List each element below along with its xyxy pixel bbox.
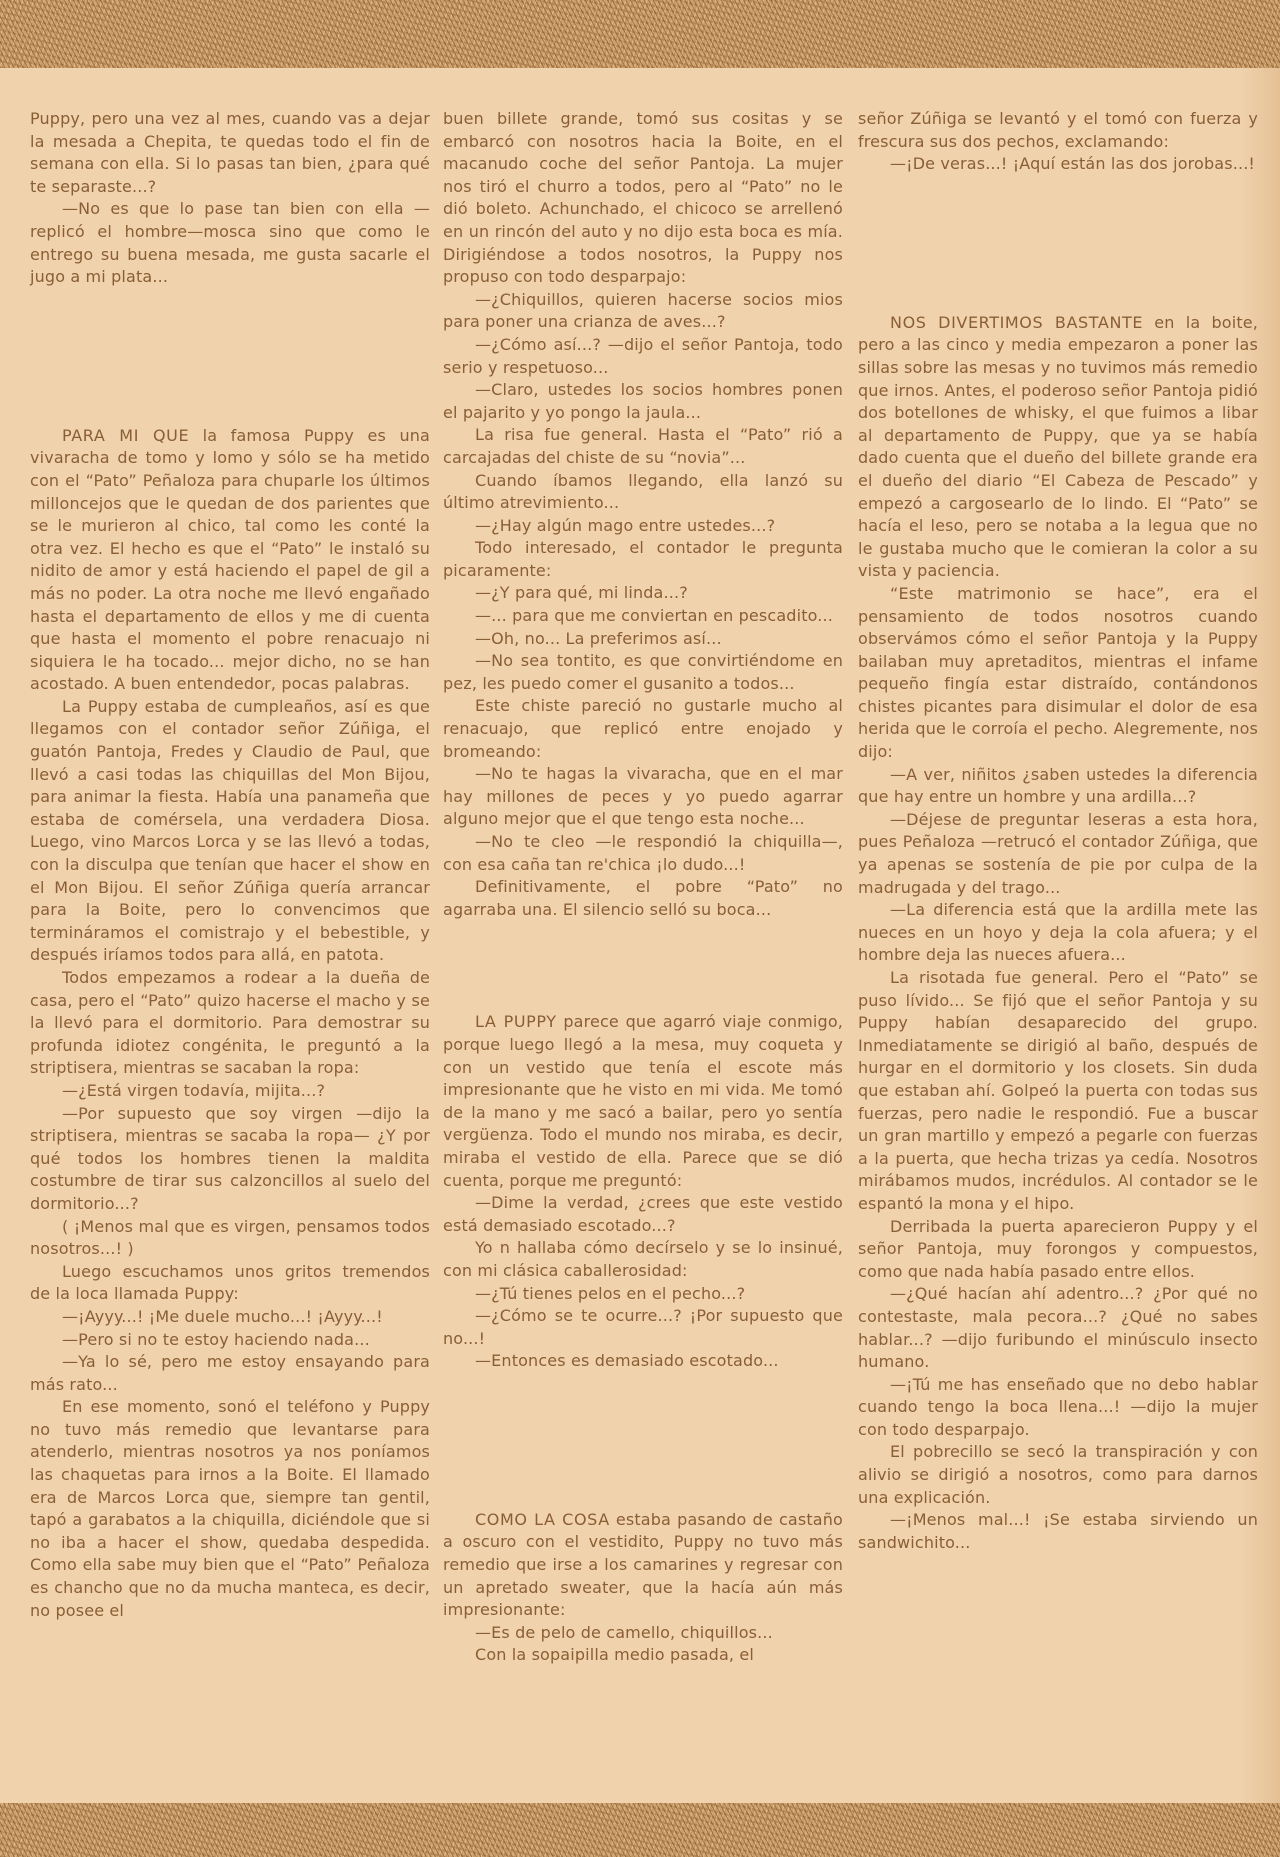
paragraph: —Pero si no te estoy haciendo nada... xyxy=(30,1329,430,1352)
paragraph: señor Zúñiga se levantó y el tomó con fu… xyxy=(858,108,1258,153)
paragraph-text: —Es de pelo de camello, chiquillos... xyxy=(475,1623,773,1642)
article-column-1: Puppy, pero una vez al mes, cuando vas a… xyxy=(30,108,430,1622)
decorative-texture-band-top xyxy=(0,0,1280,68)
paragraph: La risotada fue general. Pero el “Pato” … xyxy=(858,967,1258,1216)
paragraph-text: —¿Hay algún mago entre ustedes...? xyxy=(475,516,775,535)
section-lead-caps: PARA MI QUE xyxy=(62,426,189,445)
paragraph-text: —¡Tú me has enseñado que no debo hablar … xyxy=(858,1375,1258,1439)
paragraph: —Oh, no... La preferimos así... xyxy=(443,628,843,651)
paragraph-text: —¿Y para qué, mi linda...? xyxy=(475,583,688,602)
paragraph: —¿Qué hacían ahí adentro...? ¿Por qué no… xyxy=(858,1283,1258,1373)
paragraph: Con la sopaipilla medio pasada, el xyxy=(443,1644,843,1667)
paragraph-text: Luego escuchamos unos gritos tremendos d… xyxy=(30,1262,430,1304)
paragraph: —¡Menos mal...! ¡Se estaba sirviendo un … xyxy=(858,1509,1258,1554)
paragraph-text: parece que agarró viaje conmigo, porque … xyxy=(443,1012,843,1189)
paragraph-text: —¡De veras...! ¡Aquí están las dos jorob… xyxy=(890,154,1255,173)
paragraph-text: Derribada la puerta aparecieron Puppy y … xyxy=(858,1217,1258,1281)
paragraph: —¿Cómo se te ocurre...? ¡Por supuesto qu… xyxy=(443,1305,843,1350)
paragraph-text: la famosa Puppy es una vivaracha de tomo… xyxy=(30,426,430,694)
paragraph-text: —¿Cómo así...? —dijo el señor Pantoja, t… xyxy=(443,335,843,377)
paragraph-text: Definitivamente, el pobre “Pato” no agar… xyxy=(443,877,843,919)
paragraph: —¡De veras...! ¡Aquí están las dos jorob… xyxy=(858,153,1258,176)
paragraph-text: —Dime la verdad, ¿crees que este vestido… xyxy=(443,1193,843,1235)
paragraph-text: En ese momento, sonó el teléfono y Puppy… xyxy=(30,1397,430,1619)
paragraph-text: —¿Cómo se te ocurre...? ¡Por supuesto qu… xyxy=(443,1306,843,1348)
paragraph-text: —¡Ayyy...! ¡Me duele mucho...! ¡Ayyy...! xyxy=(62,1307,383,1326)
paragraph: —¿Tú tienes pelos en el pecho...? xyxy=(443,1283,843,1306)
section-spacer xyxy=(858,176,1258,312)
paragraph: —¿Cómo así...? —dijo el señor Pantoja, t… xyxy=(443,334,843,379)
paragraph-text: —¿Tú tienes pelos en el pecho...? xyxy=(475,1284,745,1303)
section-lead-paragraph: COMO LA COSA estaba pasando de castaño a… xyxy=(443,1509,843,1622)
paragraph-text: —¿Está virgen todavía, mijita...? xyxy=(62,1081,325,1100)
paragraph: Yo n hallaba cómo decírselo y se lo insi… xyxy=(443,1237,843,1282)
paragraph: Este chiste pareció no gustarle mucho al… xyxy=(443,695,843,763)
section-lead-caps: COMO LA COSA xyxy=(475,1510,610,1529)
paragraph: —Es de pelo de camello, chiquillos... xyxy=(443,1622,843,1645)
paragraph-text: —Oh, no... La preferimos así... xyxy=(475,629,722,648)
paragraph: —... para que me conviertan en pescadito… xyxy=(443,605,843,628)
paragraph: En ese momento, sonó el teléfono y Puppy… xyxy=(30,1396,430,1622)
paragraph: Todos empezamos a rodear a la dueña de c… xyxy=(30,967,430,1080)
paragraph: —Claro, ustedes los socios hombres ponen… xyxy=(443,379,843,424)
paragraph-text: en la boite, pero a las cinco y media em… xyxy=(858,313,1258,581)
paragraph-text: La risa fue general. Hasta el “Pato” rió… xyxy=(443,425,843,467)
paragraph-text: —Por supuesto que soy virgen —dijo la st… xyxy=(30,1104,430,1213)
paragraph: La Puppy estaba de cumpleaños, así es qu… xyxy=(30,696,430,967)
article-column-3: señor Zúñiga se levantó y el tomó con fu… xyxy=(858,108,1258,1554)
paragraph-text: —Pero si no te estoy haciendo nada... xyxy=(62,1330,370,1349)
paragraph-text: —No sea tontito, es que convirtiéndome e… xyxy=(443,651,843,693)
paragraph-text: La risotada fue general. Pero el “Pato” … xyxy=(858,968,1258,1213)
section-spacer xyxy=(30,289,430,425)
paragraph: —¿Y para qué, mi linda...? xyxy=(443,582,843,605)
paragraph-text: —A ver, niñitos ¿saben ustedes la difere… xyxy=(858,765,1258,807)
paragraph: —No es que lo pase tan bien con ella —re… xyxy=(30,198,430,288)
section-spacer xyxy=(443,1373,843,1509)
paragraph: Luego escuchamos unos gritos tremendos d… xyxy=(30,1261,430,1306)
paragraph-text: buen billete grande, tomó sus cositas y … xyxy=(443,109,843,286)
section-lead-paragraph: NOS DIVERTIMOS BASTANTE en la boite, per… xyxy=(858,312,1258,583)
paragraph: —La diferencia está que la ardilla mete … xyxy=(858,899,1258,967)
paragraph: “Este matrimonio se hace”, era el pensam… xyxy=(858,583,1258,764)
paragraph: —¡Tú me has enseñado que no debo hablar … xyxy=(858,1374,1258,1442)
paragraph-text: Este chiste pareció no gustarle mucho al… xyxy=(443,696,843,760)
paragraph-text: —Déjese de preguntar leseras a esta hora… xyxy=(858,810,1258,897)
paragraph-text: —Claro, ustedes los socios hombres ponen… xyxy=(443,380,843,422)
paragraph-text: Yo n hallaba cómo decírselo y se lo insi… xyxy=(443,1238,843,1280)
paragraph: buen billete grande, tomó sus cositas y … xyxy=(443,108,843,289)
paragraph: Derribada la puerta aparecieron Puppy y … xyxy=(858,1216,1258,1284)
paragraph-text: Puppy, pero una vez al mes, cuando vas a… xyxy=(30,109,430,196)
paragraph: El pobrecillo se secó la transpiración y… xyxy=(858,1441,1258,1509)
paragraph-text: —La diferencia está que la ardilla mete … xyxy=(858,900,1258,964)
paragraph: Todo interesado, el contador le pregunta… xyxy=(443,537,843,582)
paragraph-text: Todos empezamos a rodear a la dueña de c… xyxy=(30,968,430,1077)
paragraph: —Déjese de preguntar leseras a esta hora… xyxy=(858,809,1258,899)
paragraph-text: —¿Qué hacían ahí adentro...? ¿Por qué no… xyxy=(858,1284,1258,1371)
paragraph: —No te hagas la vivaracha, que en el mar… xyxy=(443,763,843,831)
paragraph: —No sea tontito, es que convirtiéndome e… xyxy=(443,650,843,695)
section-spacer xyxy=(443,921,843,1011)
paragraph: —Por supuesto que soy virgen —dijo la st… xyxy=(30,1103,430,1216)
paragraph: —¡Ayyy...! ¡Me duele mucho...! ¡Ayyy...! xyxy=(30,1306,430,1329)
paragraph: Definitivamente, el pobre “Pato” no agar… xyxy=(443,876,843,921)
paragraph: —¿Está virgen todavía, mijita...? xyxy=(30,1080,430,1103)
paragraph: Cuando íbamos llegando, ella lanzó su úl… xyxy=(443,470,843,515)
decorative-texture-band-bottom xyxy=(0,1803,1280,1857)
paragraph: —Entonces es demasiado escotado... xyxy=(443,1350,843,1373)
paragraph-text: El pobrecillo se secó la transpiración y… xyxy=(858,1442,1258,1506)
article-column-2: buen billete grande, tomó sus cositas y … xyxy=(443,108,843,1667)
paragraph: —Dime la verdad, ¿crees que este vestido… xyxy=(443,1192,843,1237)
paragraph-text: —Entonces es demasiado escotado... xyxy=(475,1351,779,1370)
section-lead-caps: NOS DIVERTIMOS BASTANTE xyxy=(890,313,1143,332)
section-lead-paragraph: PARA MI QUE la famosa Puppy es una vivar… xyxy=(30,425,430,696)
paragraph: Puppy, pero una vez al mes, cuando vas a… xyxy=(30,108,430,198)
paragraph: —No te cleo —le respondió la chiquilla—,… xyxy=(443,831,843,876)
paragraph: —Ya lo sé, pero me estoy ensayando para … xyxy=(30,1351,430,1396)
paragraph-text: —¿Chiquillos, quieren hacerse socios mio… xyxy=(443,290,843,332)
paragraph-text: La Puppy estaba de cumpleaños, así es qu… xyxy=(30,697,430,965)
paragraph: —A ver, niñitos ¿saben ustedes la difere… xyxy=(858,764,1258,809)
paragraph-text: Cuando íbamos llegando, ella lanzó su úl… xyxy=(443,471,843,513)
paragraph-text: —Ya lo sé, pero me estoy ensayando para … xyxy=(30,1352,430,1394)
paragraph-text: “Este matrimonio se hace”, era el pensam… xyxy=(858,584,1258,761)
paragraph-text: ( ¡Menos mal que es virgen, pensamos tod… xyxy=(30,1217,430,1259)
section-lead-caps: LA PUPPY xyxy=(475,1012,557,1031)
paragraph-text: —... para que me conviertan en pescadito… xyxy=(475,606,833,625)
paragraph-text: —No te hagas la vivaracha, que en el mar… xyxy=(443,764,843,828)
paragraph-text: Con la sopaipilla medio pasada, el xyxy=(475,1645,754,1664)
paragraph: La risa fue general. Hasta el “Pato” rió… xyxy=(443,424,843,469)
paragraph-text: —¡Menos mal...! ¡Se estaba sirviendo un … xyxy=(858,1510,1258,1552)
paragraph-text: —No es que lo pase tan bien con ella —re… xyxy=(30,199,430,286)
paragraph: —¿Hay algún mago entre ustedes...? xyxy=(443,515,843,538)
paragraph-text: señor Zúñiga se levantó y el tomó con fu… xyxy=(858,109,1258,151)
paragraph: —¿Chiquillos, quieren hacerse socios mio… xyxy=(443,289,843,334)
paragraph-text: Todo interesado, el contador le pregunta… xyxy=(443,538,843,580)
section-lead-paragraph: LA PUPPY parece que agarró viaje conmigo… xyxy=(443,1011,843,1192)
paragraph: ( ¡Menos mal que es virgen, pensamos tod… xyxy=(30,1216,430,1261)
paragraph-text: —No te cleo —le respondió la chiquilla—,… xyxy=(443,832,843,874)
